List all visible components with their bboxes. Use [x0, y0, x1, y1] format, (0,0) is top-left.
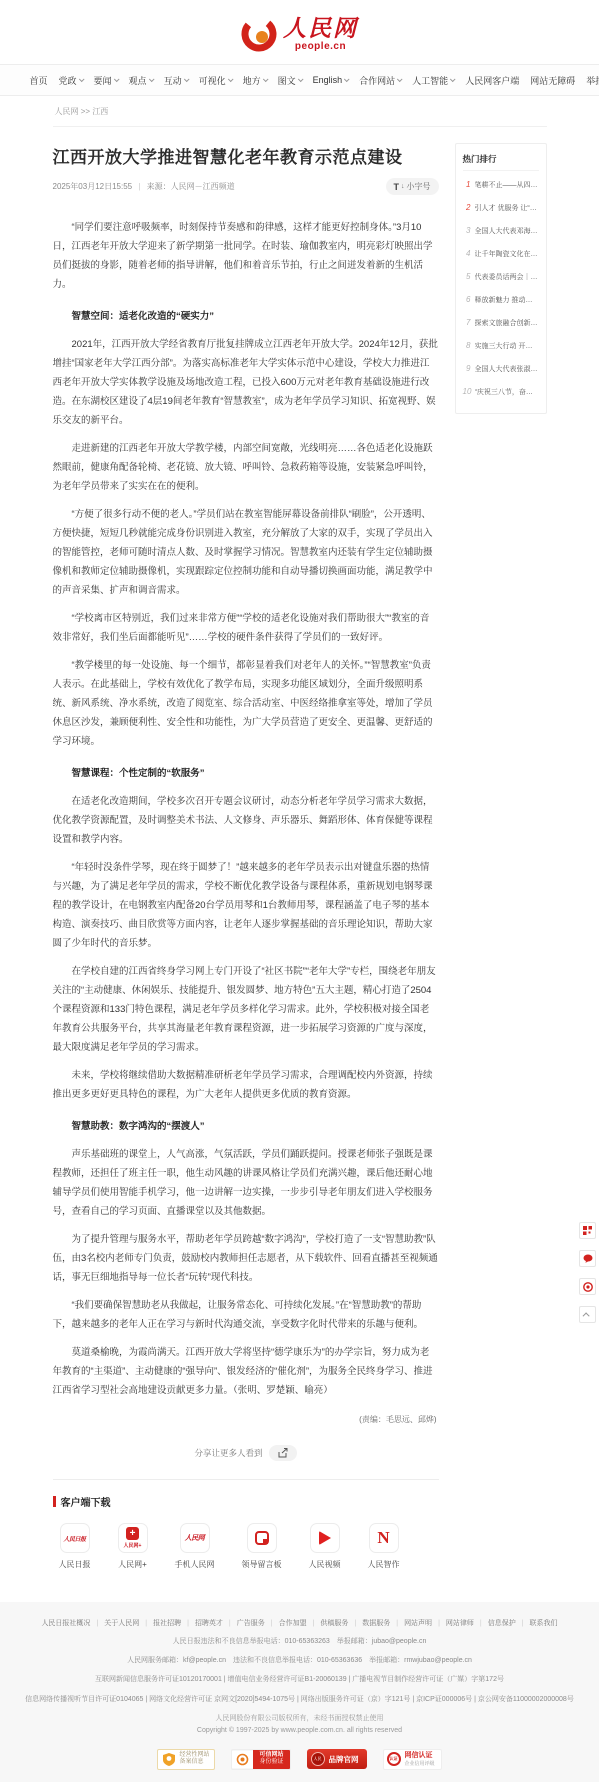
- nav-item-label: 人工智能: [412, 74, 448, 87]
- badge-website-record[interactable]: 经营性网站 备案信息: [157, 1749, 215, 1771]
- footer-line: 信息网络传播视听节目许可证0104065 | 网络文化经营许可证 京网文[202…: [0, 1694, 599, 1705]
- floating-toolbar: [579, 1222, 596, 1323]
- ranking-item[interactable]: 6 释放新魅力 推动文体旅深度融合: [463, 288, 539, 311]
- nav-item[interactable]: 首页: [30, 74, 48, 87]
- chevron-down-icon: [227, 76, 233, 82]
- article-date: 2025年03月12日15:55: [53, 182, 133, 191]
- apps-title: 客户端下载: [61, 1494, 111, 1509]
- breadcrumb-section-link[interactable]: 江西: [92, 107, 108, 116]
- footer-line: 人民日报违法和不良信息举报电话：010-65363263 举报邮箱：jubao@…: [0, 1636, 599, 1647]
- article-source[interactable]: 来源：人民网－江西频道: [147, 182, 235, 191]
- ranking-number: 9: [463, 364, 471, 373]
- message-board-icon: [247, 1523, 277, 1553]
- chevron-down-icon: [113, 76, 119, 82]
- apps-row: 人民日报 人民日报 +人民网+ 人民网+ 人民网 手机人民网: [53, 1523, 439, 1570]
- ranking-item[interactable]: 1 笔耕不止——从四十岁走向八十岁的作家路…: [463, 173, 539, 196]
- footer-links: 人民日报社概况关于人民网报社招聘招聘英才广告服务合作加盟供稿服务数据服务网站声明…: [0, 1618, 599, 1628]
- nav-item[interactable]: 图文: [278, 74, 302, 87]
- ranking-text: 引人才 优服务 让“科创之花”绽放赣鄱…: [475, 203, 539, 213]
- ranking-number: 5: [463, 272, 471, 281]
- trusted-site-icon: [232, 1751, 253, 1768]
- article-paragraph: “年轻时没条件学琴，现在终于圆梦了！”越来越多的老年学员表示出对键盘乐器的热情与…: [53, 858, 439, 953]
- logo-text: 人民网 people.cn: [283, 17, 358, 52]
- article-paragraph: 声乐基础班的课堂上，人气高涨，气氛活跃，学员们踊跃提问。授课老师张子强既是课程教…: [53, 1145, 439, 1221]
- footer-link[interactable]: 关于人民网: [90, 1618, 139, 1628]
- apps-header: 客户端下载: [53, 1494, 439, 1509]
- nav-item[interactable]: 党政: [59, 74, 83, 87]
- footer: 人民日报社概况关于人民网报社招聘招聘英才广告服务合作加盟供稿服务数据服务网站声明…: [0, 1602, 599, 1782]
- font-size-label: 小字号: [407, 181, 431, 192]
- nav-item-label: English: [313, 75, 343, 85]
- copyright-cn: 人民网股份有限公司版权所有，未经书面授权禁止使用: [0, 1713, 599, 1725]
- nav-item-label: 人民网客户端: [465, 74, 519, 87]
- badge-brand-official[interactable]: 人民 品牌官网: [307, 1749, 367, 1769]
- footer-link[interactable]: 信息保护: [474, 1618, 516, 1628]
- nav-item-label: 地方: [243, 74, 261, 87]
- chevron-down-icon: [298, 76, 304, 82]
- font-size-button[interactable]: T ↓ 小字号: [386, 178, 439, 195]
- qr-code-button[interactable]: [579, 1222, 596, 1239]
- article-paragraph: “学校离市区特别近，我们过来非常方便”“学校的适老化设施对我们帮助很大”“教室的…: [53, 609, 439, 647]
- ranking-number: 10: [463, 387, 471, 396]
- site-logo[interactable]: 人民网 people.cn: [241, 16, 358, 52]
- footer-link[interactable]: 招聘英才: [181, 1618, 223, 1628]
- cert-badges: 经营性网站 备案信息 可信网站 身份验证 人民 品牌官网 认证: [0, 1749, 599, 1771]
- people-plus-icon: +人民网+: [118, 1523, 148, 1553]
- chevron-down-icon: [397, 76, 403, 82]
- chevron-down-icon: [262, 76, 268, 82]
- chevron-down-icon: [78, 76, 84, 82]
- app-message-board[interactable]: 领导留言板: [242, 1523, 282, 1570]
- footer-link[interactable]: 网站声明: [390, 1618, 432, 1628]
- qr-icon: [583, 1226, 592, 1235]
- app-people-zhizuo[interactable]: N 人民智作: [368, 1523, 400, 1570]
- footer-link[interactable]: 合作加盟: [265, 1618, 307, 1628]
- page: 人民网 people.cn 首页 党政: [0, 0, 599, 1782]
- back-to-top-icon: [583, 1312, 590, 1319]
- share-row: 分享让更多人看到: [53, 1445, 439, 1461]
- nav-item[interactable]: 地方: [243, 74, 267, 87]
- people-zhizuo-icon: N: [369, 1523, 399, 1553]
- article-paragraph: “方便了很多行动不便的老人。”学员们站在教室智能屏幕设备前排队“刷脸”，公开透明…: [53, 505, 439, 600]
- footer-link[interactable]: 网站律师: [432, 1618, 474, 1628]
- hot-ranking-box: 热门排行 1 笔耕不止——从四十岁走向八十岁的作家路… 2 引人才 优服务 让“…: [455, 143, 547, 414]
- article-paragraph: 为了提升管理与服务水平，帮助老年学员跨越“数字鸿沟”，学校打造了一支“智慧助教”…: [53, 1230, 439, 1287]
- ranking-number: 1: [463, 180, 471, 189]
- article-paragraph: “同学们要注意呼吸频率，时刻保持节奏感和韵律感，这样才能更好控制身体。”3月10…: [53, 218, 439, 294]
- ranking-item[interactable]: 9 全国人大代表张淑琴：加强国际交流，推动…: [463, 357, 539, 380]
- nav-item-label: 党政: [59, 74, 77, 87]
- footer-link[interactable]: 供稿服务: [307, 1618, 349, 1628]
- chevron-down-icon: [148, 76, 154, 82]
- nav-item[interactable]: 举报: [586, 74, 599, 87]
- nav-item[interactable]: 要闻: [94, 74, 118, 87]
- nav-item-label: 网站无障碍: [530, 74, 575, 87]
- nav-item[interactable]: 可视化: [199, 74, 232, 87]
- ranking-text: 探索文旅融合创新布局 带动产业协同发展: [475, 318, 539, 328]
- article-paragraph: 莫道桑榆晚，为霞尚满天。江西开放大学将坚持“德学康乐为”的办学宗旨，努力成为老年…: [53, 1343, 439, 1400]
- nav-item[interactable]: 网站无障碍: [530, 74, 575, 87]
- people-video-icon: [310, 1523, 340, 1553]
- ranking-number: 4: [463, 249, 471, 258]
- ranking-text: 释放新魅力 推动文体旅深度融合: [475, 295, 539, 305]
- article-paragraph: 在适老化改造期间，学校多次召开专题会议研讨，动态分析老年学员学习需求大数据，优化…: [53, 792, 439, 849]
- logo-swirl-icon: [241, 16, 277, 52]
- badge-trusted-site[interactable]: 可信网站 身份验证: [231, 1749, 290, 1771]
- footer-link[interactable]: 人民日报社概况: [41, 1618, 90, 1628]
- footer-line: 人民网服务邮箱：kf@people.cn 违法和不良信息举报电话：010-653…: [0, 1655, 599, 1666]
- apps-section: 客户端下载 人民日报 人民日报 +人民网+ 人民网+ 人民网: [53, 1479, 439, 1570]
- font-size-icon: T: [394, 182, 400, 192]
- wechat-icon: [583, 1254, 593, 1263]
- article-paragraph: 未来，学校将继续借助大数据精准研析老年学员学习需求，合理调配校内外资源，持续推出…: [53, 1066, 439, 1104]
- nav-item-label: 图文: [278, 74, 296, 87]
- footer-link[interactable]: 报社招聘: [139, 1618, 181, 1628]
- nav-item-label: 要闻: [94, 74, 112, 87]
- chevron-down-icon: [183, 76, 189, 82]
- ranking-text: 实施三大行动 开创稀土产业高质量发展新…: [475, 341, 539, 351]
- footer-link[interactable]: 广告服务: [223, 1618, 265, 1628]
- font-size-arrow-icon: ↓: [401, 183, 405, 190]
- content: 人民网 >> 江西 江西开放大学推进智慧化老年教育示范点建设 2025年03月1…: [53, 96, 547, 1588]
- breadcrumb-separator: >>: [81, 107, 90, 116]
- nav-item-label: 举报: [586, 74, 599, 87]
- nav-item-label: 可视化: [199, 74, 226, 87]
- meta-divider: |: [138, 182, 140, 191]
- ranking-text: 笔耕不止——从四十岁走向八十岁的作家路…: [475, 180, 539, 190]
- nav-item[interactable]: 互动: [164, 74, 188, 87]
- article-paragraph: “教学楼里的每一处设施、每一个细节，都彰显着我们对老年人的关怀。”“智慧教室”负…: [53, 656, 439, 751]
- top-navigation: 首页 党政 要闻 观点: [0, 64, 599, 96]
- ranking-text: 全国人大代表邓海金：提升小水电绿色改造…: [475, 226, 539, 236]
- ranking-number: 2: [463, 203, 471, 212]
- ranking-text: “庆祝三八节，奋进新时代”女子团体巡礼…: [475, 387, 539, 397]
- mobile-people-icon: 人民网: [180, 1523, 210, 1553]
- chevron-down-icon: [450, 76, 456, 82]
- weibo-icon: [583, 1282, 593, 1292]
- ranking-item[interactable]: 7 探索文旅融合创新布局 带动产业协同发展: [463, 311, 539, 334]
- weibo-button[interactable]: [579, 1278, 596, 1295]
- footer-link[interactable]: 联系我们: [516, 1618, 558, 1628]
- people-daily-icon: 人民日报: [60, 1523, 90, 1553]
- share-icon: [278, 1448, 288, 1458]
- article-paragraph: 在学校自建的江西省终身学习网上专门开设了“社区书院”“老年大学”专栏，围绕老年朋…: [53, 962, 439, 1057]
- article-paragraph: 走进新建的江西老年开放大学教学楼，内部空间宽敞，光线明亮……各色适老化设施跃然眼…: [53, 439, 439, 496]
- article-title: 江西开放大学推进智慧化老年教育示范点建设: [53, 143, 439, 168]
- ranking-number: 7: [463, 318, 471, 327]
- ranking-item[interactable]: 5 代表委员话两会｜当AI走进老年课堂，看…: [463, 265, 539, 288]
- article-paragraph: 智慧课程：个性定制的“软服务”: [53, 764, 439, 783]
- share-label: 分享让更多人看到: [194, 1447, 262, 1459]
- nav-item[interactable]: 人工智能: [412, 74, 454, 87]
- ranking-text: 全国人大代表张淑琴：加强国际交流，推动…: [475, 364, 539, 374]
- back-to-top-button[interactable]: [579, 1306, 596, 1323]
- app-people-video[interactable]: 人民视频: [309, 1523, 341, 1570]
- breadcrumb-home-link[interactable]: 人民网: [55, 107, 79, 116]
- breadcrumb: 人民网 >> 江西: [53, 96, 547, 127]
- nav-item-label: 合作网站: [359, 74, 395, 87]
- sidebar: 热门排行 1 笔耕不止——从四十岁走向八十岁的作家路… 2 引人才 优服务 让“…: [455, 143, 547, 414]
- ranking-number: 6: [463, 295, 471, 304]
- ranking-number: 8: [463, 341, 471, 350]
- article-paragraph: 2021年，江西开放大学经省教育厅批复挂牌成立江西老年开放大学。2024年12月…: [53, 335, 439, 430]
- logo-cn: 人民网: [283, 17, 358, 40]
- logo-en: people.cn: [295, 42, 346, 52]
- app-people-daily[interactable]: 人民日报 人民日报: [59, 1523, 91, 1570]
- ranking-item[interactable]: 3 全国人大代表邓海金：提升小水电绿色改造…: [463, 219, 539, 242]
- footer-line: 互联网新闻信息服务许可证10120170001 | 增值电信业务经营许可证B1-…: [0, 1674, 599, 1685]
- app-people-plus[interactable]: +人民网+ 人民网+: [118, 1523, 148, 1570]
- badge-wangxin-cert[interactable]: 认证 网信认证 企业信用评级: [383, 1749, 442, 1770]
- ranking-text: 让千年陶瓷文化在新时代焕发新活力、绽放…: [475, 249, 539, 259]
- ranking-item[interactable]: 8 实施三大行动 开创稀土产业高质量发展新…: [463, 334, 539, 357]
- chevron-down-icon: [344, 76, 350, 82]
- nav-item-label: 首页: [30, 74, 48, 87]
- ranking-item[interactable]: 10 “庆祝三八节，奋进新时代”女子团体巡礼…: [463, 380, 539, 403]
- footer-link[interactable]: 数据服务: [348, 1618, 390, 1628]
- nav-item-label: 互动: [164, 74, 182, 87]
- ranking-text: 代表委员话两会｜当AI走进老年课堂，看…: [475, 272, 539, 282]
- hot-ranking-title: 热门排行: [463, 153, 539, 171]
- article-meta: 2025年03月12日15:55 | 来源：人民网－江西频道 T ↓ 小字号: [53, 178, 439, 195]
- nav-item-label: 观点: [129, 74, 147, 87]
- ranking-item[interactable]: 4 让千年陶瓷文化在新时代焕发新活力、绽放…: [463, 242, 539, 265]
- article-paragraph: 智慧空间：适老化改造的“硬实力”: [53, 307, 439, 326]
- cert-stamp-icon: 认证: [387, 1752, 401, 1766]
- ranking-item[interactable]: 2 引人才 优服务 让“科创之花”绽放赣鄱…: [463, 196, 539, 219]
- site-header: 人民网 people.cn: [0, 0, 599, 64]
- article-body: “同学们要注意呼吸频率，时刻保持节奏感和韵律感，这样才能更好控制身体。”3月10…: [53, 205, 439, 1400]
- editors-line: (责编：毛思远、邱烨): [55, 1414, 437, 1425]
- article-paragraph: “我们要确保智慧助老从我做起，让服务常态化、可持续化发展。”在“智慧助教”的帮助…: [53, 1296, 439, 1334]
- brand-stamp-icon: 人民: [311, 1752, 325, 1766]
- wechat-button[interactable]: [579, 1250, 596, 1267]
- section-marker: [53, 1496, 56, 1507]
- hot-ranking-list: 1 笔耕不止——从四十岁走向八十岁的作家路… 2 引人才 优服务 让“科创之花”…: [463, 173, 539, 403]
- article-paragraph: 智慧助教：数字鸿沟的“摆渡人”: [53, 1117, 439, 1136]
- shield-icon: [163, 1753, 175, 1766]
- copyright-en: Copyright © 1997-2025 by www.people.com.…: [0, 1725, 599, 1737]
- share-button[interactable]: [269, 1445, 297, 1461]
- nav-item[interactable]: English: [313, 75, 349, 85]
- nav-item[interactable]: 合作网站: [359, 74, 401, 87]
- ranking-number: 3: [463, 226, 471, 235]
- nav-list: 首页 党政 要闻 观点: [30, 74, 599, 87]
- article: 江西开放大学推进智慧化老年教育示范点建设 2025年03月12日15:55 | …: [53, 127, 439, 1588]
- app-mobile-people[interactable]: 人民网 手机人民网: [175, 1523, 215, 1570]
- nav-item[interactable]: 观点: [129, 74, 153, 87]
- nav-item[interactable]: 人民网客户端: [465, 74, 519, 87]
